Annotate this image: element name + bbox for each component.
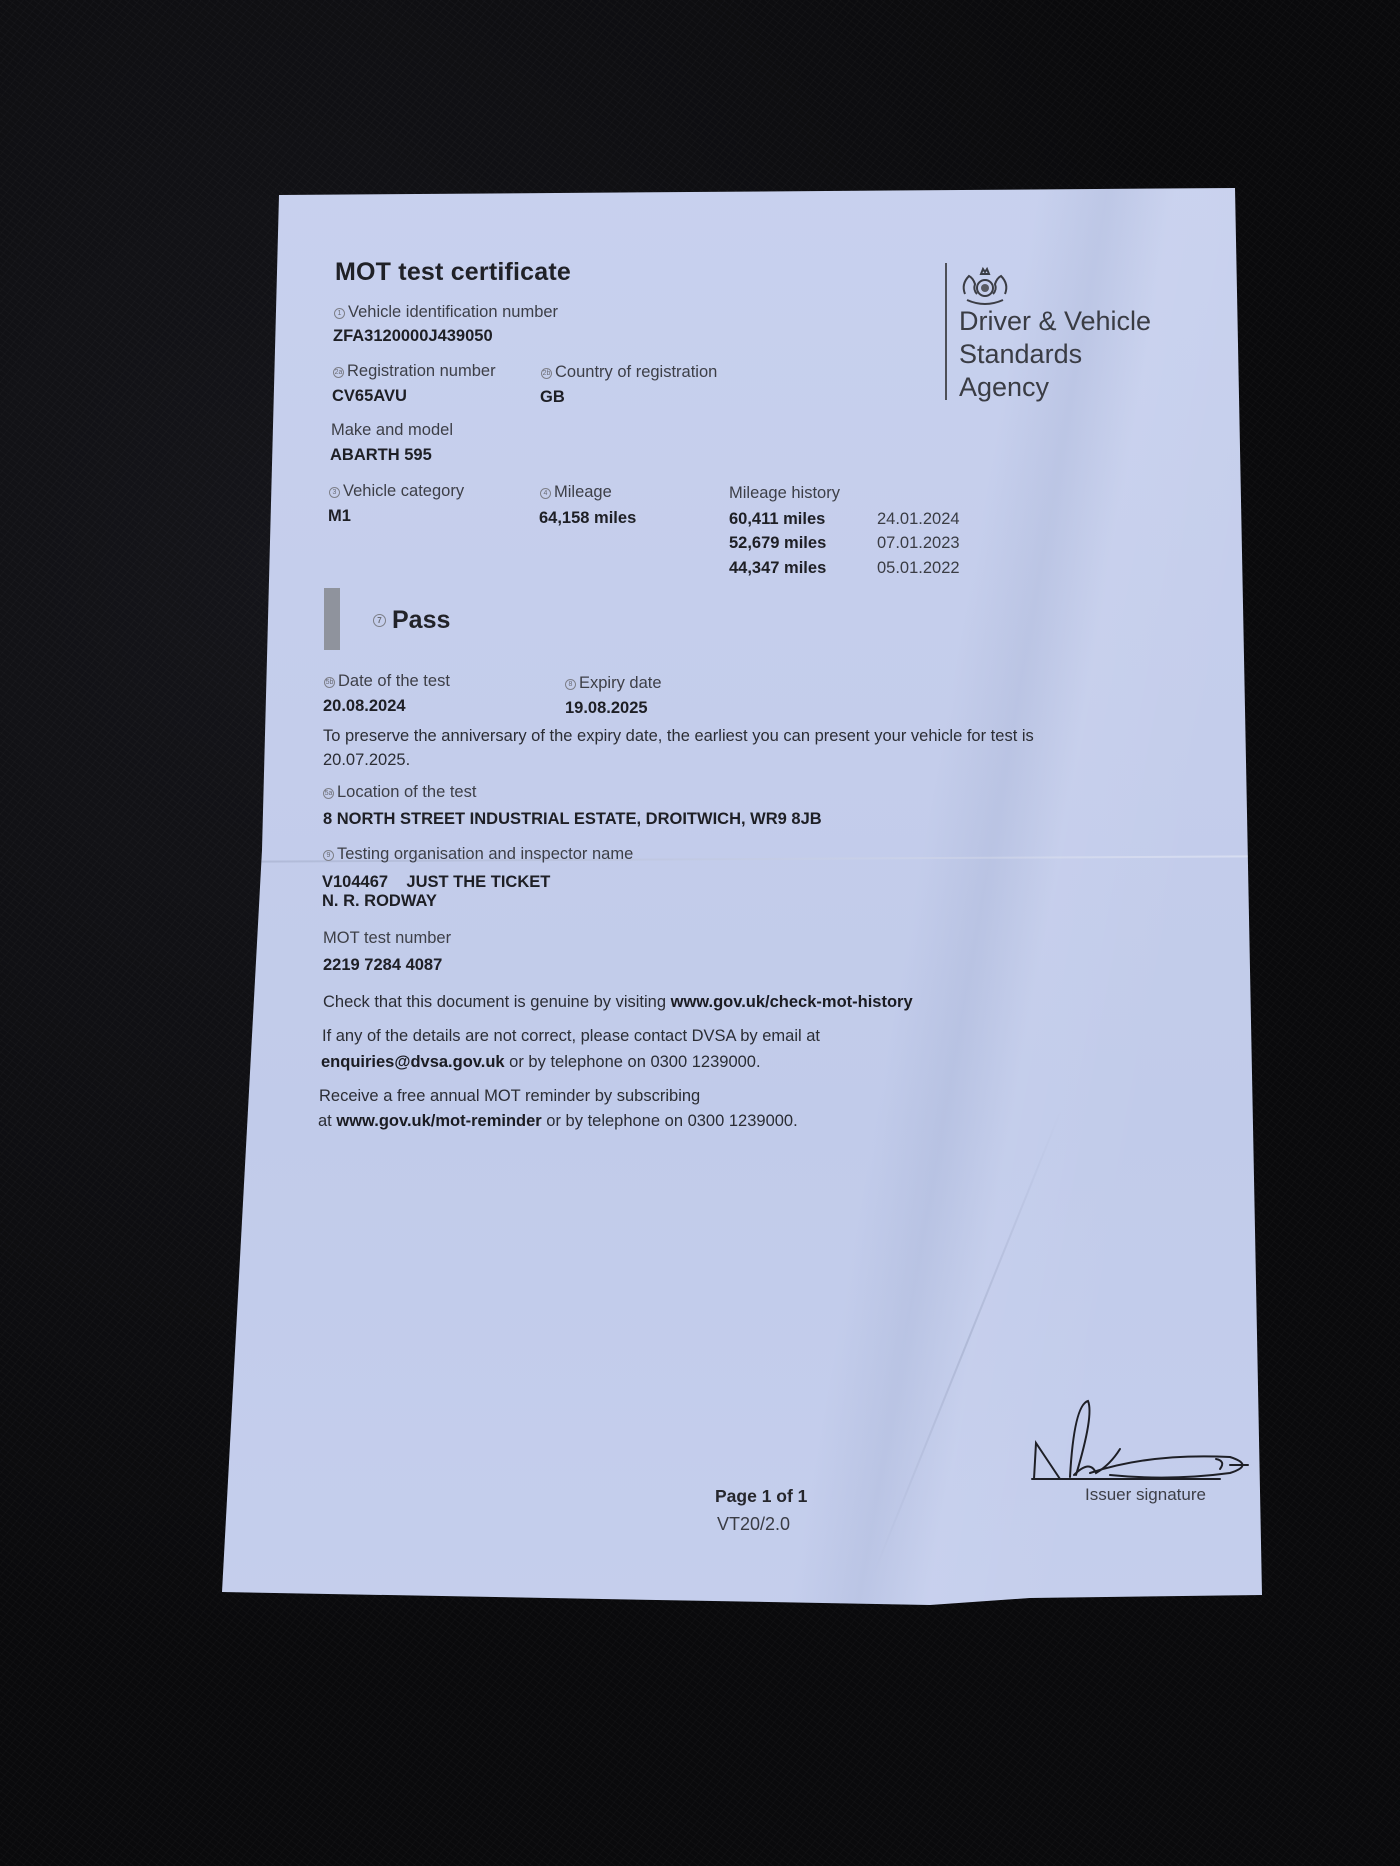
check-genuine-notice: Check that this document is genuine by v… — [323, 993, 913, 1012]
country-label: 2bCountry of registration — [541, 363, 717, 382]
field-number-icon: 9 — [323, 850, 334, 861]
organisation-id: V104467 — [322, 873, 388, 891]
history-miles: 44,347 miles — [729, 559, 877, 578]
history-date: 05.01.2022 — [877, 559, 960, 578]
field-number-icon: 3 — [329, 487, 340, 498]
location-label: 5aLocation of the test — [323, 783, 476, 802]
dvsa-name-line-2: Standards — [959, 338, 1151, 371]
vin-label: 1Vehicle identification number — [334, 303, 558, 322]
dvsa-name-line-1: Driver & Vehicle — [959, 305, 1151, 338]
history-miles: 52,679 miles — [729, 534, 877, 553]
field-number-icon: 1 — [334, 308, 345, 319]
location-value: 8 NORTH STREET INDUSTRIAL ESTATE, DROITW… — [323, 810, 822, 829]
inspector-name: N. R. RODWAY — [322, 892, 437, 911]
history-miles: 60,411 miles — [729, 510, 877, 529]
field-number-icon: 7 — [373, 614, 386, 627]
test-result: 7Pass — [373, 606, 450, 635]
expiry-date-value: 19.08.2025 — [565, 699, 648, 718]
country-value: GB — [540, 388, 565, 407]
mileage-label: 4Mileage — [540, 483, 612, 502]
check-mot-history-link[interactable]: www.gov.uk/check-mot-history — [671, 993, 913, 1011]
certificate-title: MOT test certificate — [335, 258, 571, 287]
make-model-label: Make and model — [331, 421, 453, 440]
contact-notice-line-1: If any of the details are not correct, p… — [322, 1027, 820, 1046]
category-label: 3Vehicle category — [329, 482, 464, 501]
issuer-signature-icon — [1030, 1395, 1255, 1495]
vin-value: ZFA3120000J439050 — [333, 327, 493, 346]
organisation-label: 9Testing organisation and inspector name — [323, 845, 633, 864]
mileage-history-row: 52,679 miles 07.01.2023 — [729, 532, 960, 557]
mileage-value: 64,158 miles — [539, 509, 636, 528]
test-date-label: 5bDate of the test — [324, 672, 450, 691]
test-number-value: 2219 7284 4087 — [323, 956, 442, 975]
issuer-signature-label: Issuer signature — [1085, 1485, 1206, 1505]
dvsa-name: Driver & Vehicle Standards Agency — [959, 305, 1151, 404]
field-number-icon: 5a — [323, 788, 334, 799]
anniversary-note-line-1: To preserve the anniversary of the expir… — [323, 727, 1034, 746]
registration-value: CV65AVU — [332, 387, 407, 406]
organisation-value: V104467 JUST THE TICKET — [322, 873, 550, 892]
mot-reminder-link[interactable]: www.gov.uk/mot-reminder — [336, 1112, 541, 1130]
page-indicator: Page 1 of 1 — [715, 1486, 807, 1507]
field-number-icon: 8 — [565, 679, 576, 690]
diagonal-crease — [873, 1110, 1062, 1574]
field-number-icon: 2b — [541, 368, 552, 379]
make-model-value: ABARTH 595 — [330, 446, 432, 465]
result-value: Pass — [392, 606, 450, 634]
result-status-bar — [324, 588, 340, 650]
history-date: 24.01.2024 — [877, 510, 960, 529]
contact-notice-line-2: enquiries@dvsa.gov.uk or by telephone on… — [321, 1053, 761, 1072]
form-code: VT20/2.0 — [717, 1514, 790, 1535]
field-number-icon: 5b — [324, 677, 335, 688]
mileage-history-row: 44,347 miles 05.01.2022 — [729, 556, 960, 581]
anniversary-note-line-2: 20.07.2025. — [323, 751, 410, 770]
royal-coat-of-arms-icon — [957, 264, 1013, 311]
history-date: 07.01.2023 — [877, 534, 960, 553]
mileage-history-row: 60,411 miles 24.01.2024 — [729, 507, 960, 532]
mileage-history-list: 60,411 miles 24.01.2024 52,679 miles 07.… — [729, 507, 960, 581]
dvsa-divider — [945, 263, 947, 400]
mileage-history-label: Mileage history — [729, 484, 840, 503]
field-number-icon: 4 — [540, 488, 551, 499]
organisation-name: JUST THE TICKET — [406, 873, 550, 891]
registration-label: 2aRegistration number — [333, 362, 496, 381]
test-date-value: 20.08.2024 — [323, 697, 406, 716]
reminder-notice-line-1: Receive a free annual MOT reminder by su… — [319, 1087, 700, 1106]
dvsa-name-line-3: Agency — [959, 371, 1151, 404]
expiry-date-label: 8Expiry date — [565, 674, 662, 693]
category-value: M1 — [328, 507, 351, 526]
test-number-label: MOT test number — [323, 929, 451, 948]
dvsa-email-link[interactable]: enquiries@dvsa.gov.uk — [321, 1053, 505, 1071]
reminder-notice-line-2: at www.gov.uk/mot-reminder or by telepho… — [318, 1112, 798, 1131]
field-number-icon: 2a — [333, 367, 344, 378]
